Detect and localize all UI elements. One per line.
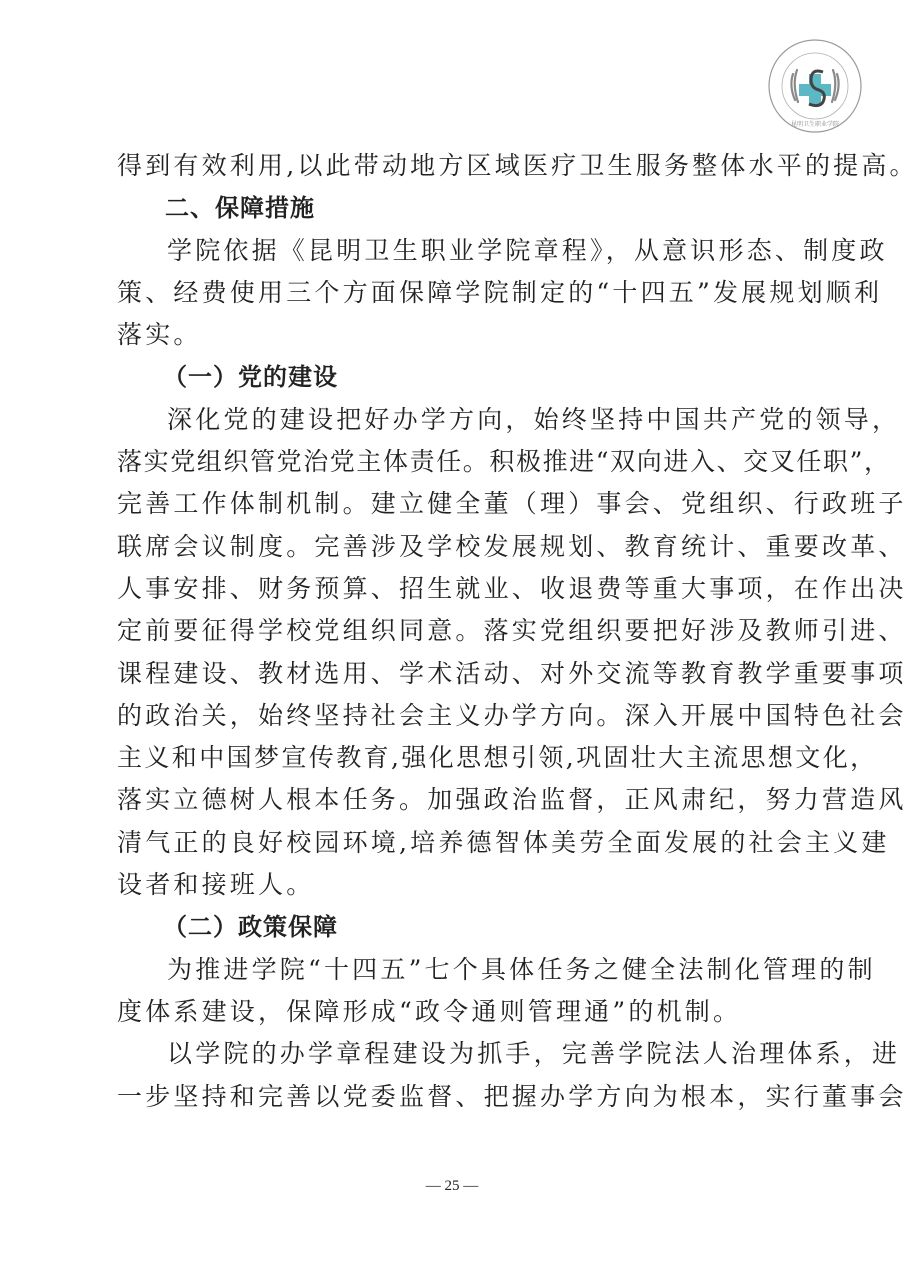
paragraph-line: 课程建设、教材选用、学术活动、对外交流等教育教学重要事项 — [117, 653, 803, 695]
paragraph-line: 度体系建设，保障形成“政令通则管理通”的机制。 — [117, 991, 803, 1033]
college-emblem-icon: 昆明卫生职业学院 — [767, 38, 863, 134]
paragraph-line: 清气正的良好校园环境,培养德智体美劳全面发展的社会主义建 — [117, 822, 803, 864]
paragraph-line: 落实立德树人根本任务。加强政治监督，正风肃纪，努力营造风 — [117, 779, 803, 821]
college-logo: 昆明卫生职业学院 — [767, 38, 863, 134]
paragraph-line: 学院依据《昆明卫生职业学院章程》，从意识形态、制度政 — [117, 230, 803, 272]
paragraph-line: 以学院的办学章程建设为抓手，完善学院法人治理体系，进 — [117, 1033, 803, 1075]
paragraph-line: 得到有效利用,以此带动地方区域医疗卫生服务整体水平的提高。 — [117, 145, 803, 187]
paragraph-line: 的政治关，始终坚持社会主义办学方向。深入开展中国特色社会 — [117, 695, 803, 737]
paragraph-line: 为推进学院“十四五”七个具体任务之健全法制化管理的制 — [117, 949, 803, 991]
subsection-heading: （二）政策保障 — [117, 906, 803, 948]
paragraph-line: 人事安排、财务预算、招生就业、收退费等重大事项，在作出决 — [117, 568, 803, 610]
section-heading: 二、保障措施 — [117, 187, 803, 229]
document-body: 得到有效利用,以此带动地方区域医疗卫生服务整体水平的提高。 二、保障措施 学院依… — [117, 145, 803, 1118]
paragraph-line: 落实党组织管党治党主体责任。积极推进“双向进入、交叉任职”， — [117, 441, 803, 483]
paragraph-line: 落实。 — [117, 314, 803, 356]
paragraph-line: 定前要征得学校党组织同意。落实党组织要把好涉及教师引进、 — [117, 610, 803, 652]
paragraph-line: 策、经费使用三个方面保障学院制定的“十四五”发展规划顺利 — [117, 272, 803, 314]
subsection-heading: （一）党的建设 — [117, 356, 803, 398]
paragraph-line: 设者和接班人。 — [117, 864, 803, 906]
paragraph-line: 一步坚持和完善以党委监督、把握办学方向为根本，实行董事会 — [117, 1076, 803, 1118]
paragraph-line: 深化党的建设把好办学方向，始终坚持中国共产党的领导， — [117, 399, 803, 441]
svg-text:昆明卫生职业学院: 昆明卫生职业学院 — [791, 120, 839, 128]
paragraph-line: 完善工作体制机制。建立健全董（理）事会、党组织、行政班子 — [117, 483, 803, 525]
page-number: — 25 — — [0, 1178, 904, 1195]
paragraph-line: 主义和中国梦宣传教育,强化思想引领,巩固壮大主流思想文化， — [117, 737, 803, 779]
paragraph-line: 联席会议制度。完善涉及学校发展规划、教育统计、重要改革、 — [117, 526, 803, 568]
